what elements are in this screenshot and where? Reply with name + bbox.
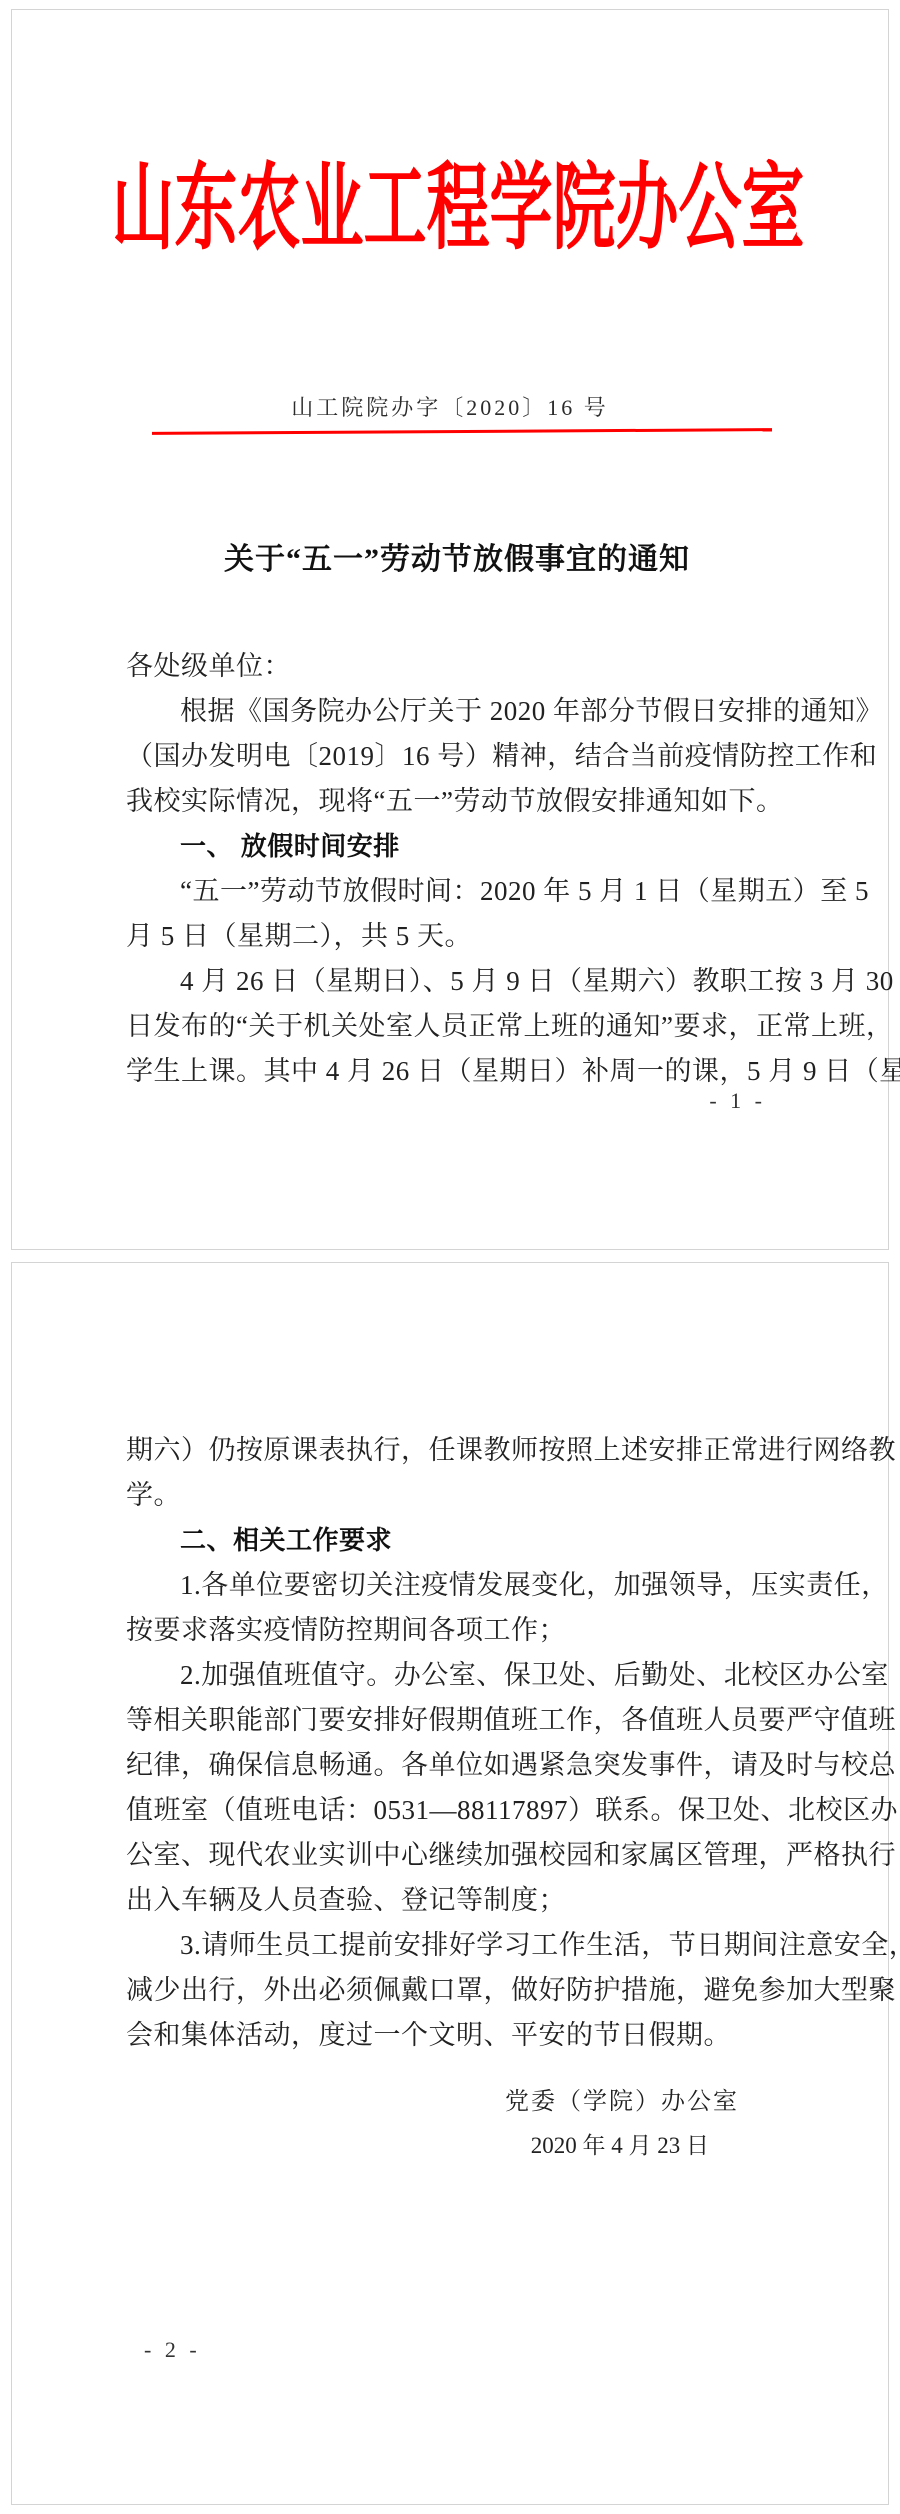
body-line: 出入车辆及人员查验、登记等制度； <box>126 1878 782 1923</box>
body-line: 3.请师生员工提前安排好学习工作生活，节日期间注意安全， <box>126 1923 782 1968</box>
body-line: 公室、现代农业实训中心继续加强校园和家属区管理，严格执行 <box>126 1833 782 1878</box>
body-line: 减少出行，外出必须佩戴口罩，做好防护措施，避免参加大型聚 <box>126 1968 782 2013</box>
body-line: 4 月 26 日（星期日）、5 月 9 日（星期六）教职工按 3 月 30 <box>126 959 782 1004</box>
body-line: 学。 <box>126 1473 782 1518</box>
page-1: 山东农业工程学院办公室 山工院院办字〔2020〕16 号 关于“五一”劳动节放假… <box>11 9 889 1250</box>
page2-number: - 2 - <box>144 2337 201 2363</box>
page1-body: 各处级单位： 根据《国务院办公厅关于 2020 年部分节假日安排的通知》 （国办… <box>126 644 782 1094</box>
section-heading: 一、 放假时间安排 <box>126 824 782 869</box>
body-line: 1.各单位要密切关注疫情发展变化，加强领导，压实责任， <box>126 1563 782 1608</box>
body-line: 按要求落实疫情防控期间各项工作； <box>126 1608 782 1653</box>
body-line: 纪律，确保信息畅通。各单位如遇紧急突发事件，请及时与校总 <box>126 1743 782 1788</box>
body-line: 2.加强值班值守。办公室、保卫处、后勤处、北校区办公室 <box>126 1653 782 1698</box>
body-line: （国办发明电〔2019〕16 号）精神，结合当前疫情防控工作和 <box>126 734 782 779</box>
notice-title: 关于“五一”劳动节放假事宜的通知 <box>12 534 888 578</box>
body-line: 根据《国务院办公厅关于 2020 年部分节假日安排的通知》 <box>126 689 782 734</box>
body-line: 月 5 日（星期二），共 5 天。 <box>126 914 782 959</box>
body-line: 期六）仍按原课表执行，任课教师按照上述安排正常进行网络教 <box>126 1428 782 1473</box>
signature: 党委（学院）办公室 <box>505 2081 739 2116</box>
red-divider-line <box>152 428 772 435</box>
body-line: 学生上课。其中 4 月 26 日（星期日）补周一的课，5 月 9 日（星 <box>126 1049 782 1094</box>
page1-number: - 1 - <box>709 1088 766 1114</box>
body-line: 我校实际情况，现将“五一”劳动节放假安排通知如下。 <box>126 779 782 824</box>
page2-body: 期六）仍按原课表执行，任课教师按照上述安排正常进行网络教 学。 二、相关工作要求… <box>126 1428 782 2058</box>
issue-date: 2020 年 4 月 23 日 <box>531 2127 709 2160</box>
section-heading: 二、相关工作要求 <box>126 1518 782 1563</box>
body-line: 各处级单位： <box>126 644 782 689</box>
doc-number: 山工院院办字〔2020〕16 号 <box>12 391 888 422</box>
body-line: 等相关职能部门要安排好假期值班工作，各值班人员要严守值班 <box>126 1698 782 1743</box>
document-viewer: { "doc": { "org_header": "山东农业工程学院办公室", … <box>0 0 900 2514</box>
page-2: 期六）仍按原课表执行，任课教师按照上述安排正常进行网络教 学。 二、相关工作要求… <box>11 1262 889 2505</box>
body-line: 值班室（值班电话：0531—88117897）联系。保卫处、北校区办 <box>126 1788 782 1833</box>
org-header-title: 山东农业工程学院办公室 <box>12 162 888 257</box>
body-line: 日发布的“关于机关处室人员正常上班的通知”要求，正常上班， <box>126 1004 782 1049</box>
body-line: 会和集体活动，度过一个文明、平安的节日假期。 <box>126 2013 782 2058</box>
body-line: “五一”劳动节放假时间：2020 年 5 月 1 日（星期五）至 5 <box>126 869 782 914</box>
